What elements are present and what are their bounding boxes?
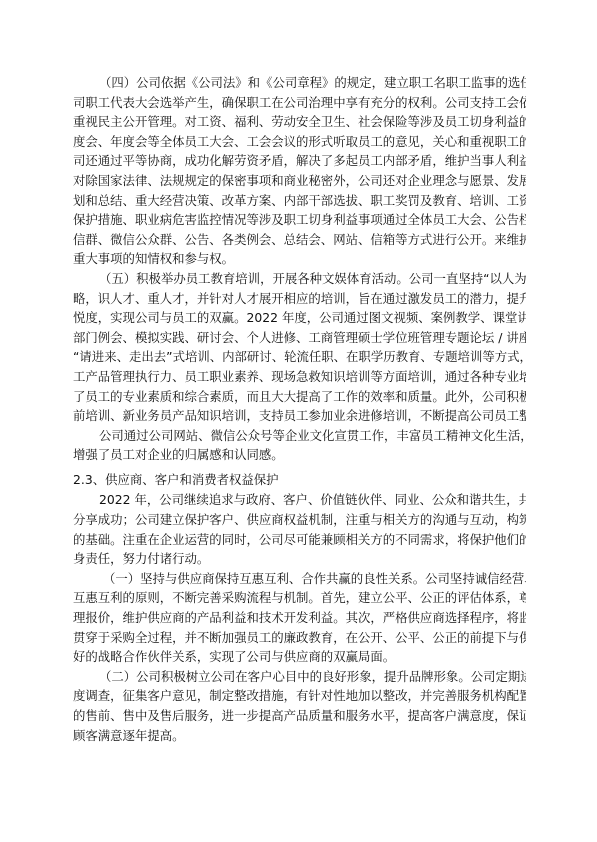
text-line: “请进来、走出去”式培训、内部研讨、轮流任职、在职学历教育、专题培训等方式，开展… bbox=[73, 347, 526, 367]
text-line: 前培训、新业务员产品知识培训，支持员工参加业余进修培训，不断提高公司员工整体素质… bbox=[73, 406, 526, 426]
text-line: 划和总结、重大经营决策、改革方案、内部干部选拔、职工奖罚及教育、培训、工资、福利… bbox=[73, 191, 526, 211]
text-line: 的售前、售中及售后服务，进一步提高产品质量和服务水平，提高客户满意度，保证客户利… bbox=[73, 706, 526, 726]
text-line: 略，识人才、重人才，并针对人才展开相应的培训，旨在通过激发员工的潜力，提升员工工… bbox=[73, 289, 526, 309]
text-line: 司还通过平等协商，成功化解劳资矛盾，解决了多起员工内部矛盾，维护当事人利益。同时… bbox=[73, 151, 526, 171]
text-line: 互惠互利的原则，不断完善采购流程与机制。首先，建立公平、公正的评估体系，尊重供应… bbox=[73, 588, 526, 608]
text-line: 对除国家法律、法规规定的保密事项和商业秘密外，公司还对企业理念与愿景、发展规划、… bbox=[73, 171, 526, 191]
paragraph-employee-training: （五）积极举办员工教育培训，开展各种文娱体育活动。公司一直坚持“以人为本”的人才… bbox=[73, 269, 526, 426]
section-heading: 2.3、供应商、客户和消费者权益保护 bbox=[73, 470, 526, 490]
paragraph-stakeholder-overview: 2022 年，公司继续追求与政府、客户、价值链伙伴、同业、公众和谐共生，共同创造… bbox=[73, 490, 526, 568]
text-line: 身责任，努力付诸行动。 bbox=[73, 549, 526, 569]
text-line: 理报价，维护供应商的产品利益和技术开发利益。其次，严格供应商选择程序，将监督和防… bbox=[73, 608, 526, 628]
text-line: 了员工的专业素质和综合素质，而且大大提高了工作的效率和质量。此外，公司积极开展新… bbox=[73, 387, 526, 407]
text-line: 公司通过公司网站、微信公众号等企业文化宣贯工作，丰富员工精神文化生活，提高生活质… bbox=[73, 426, 526, 446]
text-line: 工产品管理执行力、员工职业素养、现场急救知识培训等方面培训，通过各种专业培训，不… bbox=[73, 367, 526, 387]
text-line: 分享成功；公司建立保护客户、供应商权益机制，注重与相关方的沟通与互动，构筑信任与… bbox=[73, 510, 526, 530]
text-line: （五）积极举办员工教育培训，开展各种文娱体育活动。公司一直坚持“以人为本”的人才… bbox=[73, 269, 526, 289]
text-line: 度调查，征集客户意见，制定整改措施，有针对性地加以整改，并完善服务机构配置，提供… bbox=[73, 686, 526, 706]
text-line: （四）公司依据《公司法》和《公司章程》的规定，建立职工名职工监事的选任制度，由公 bbox=[73, 73, 526, 93]
text-line: 贯穿于采购全过程，并不断加强员工的廉政教育，在公开、公平、公正的前提下与供应商建… bbox=[73, 628, 526, 648]
text-line: 增强了员工对企业的归属感和认同感。 bbox=[73, 445, 526, 465]
text-line: 保护措施、职业病危害监控情况等涉及职工切身利益事项通过全体员工大会、公告栏、企业… bbox=[73, 210, 526, 230]
document-body: （四）公司依据《公司法》和《公司章程》的规定，建立职工名职工监事的选任制度，由公… bbox=[73, 73, 526, 745]
paragraph-customer-satisfaction: （二）公司积极树立公司在客户心目中的良好形象，提升品牌形象。公司定期进行客户满意… bbox=[73, 667, 526, 745]
text-line: 部门例会、模拟实践、研讨会、个人进修、工商管理硕士学位班管理专题论坛 / 讲座、… bbox=[73, 328, 526, 348]
text-line: 重大事项的知情权和参与权。 bbox=[73, 249, 526, 269]
text-line: 2022 年，公司继续追求与政府、客户、价值链伙伴、同业、公众和谐共生，共同创造… bbox=[73, 490, 526, 510]
text-line: 的基础。注重在企业运营的同时，公司尽可能兼顾相关方的不同需求，将保护他们的权益视… bbox=[73, 530, 526, 550]
paragraph-corporate-culture: 公司通过公司网站、微信公众号等企业文化宣贯工作，丰富员工精神文化生活，提高生活质… bbox=[73, 426, 526, 465]
text-line: 重视民主公开管理。对工资、福利、劳动安全卫生、社会保险等涉及员工切身利益的事项，… bbox=[73, 112, 526, 132]
text-line: 度会、年度会等全体员工大会、工会会议的形式听取员工的意见，关心和重视职工的合理需… bbox=[73, 132, 526, 152]
paragraph-employee-supervision: （四）公司依据《公司法》和《公司章程》的规定，建立职工名职工监事的选任制度，由公… bbox=[73, 73, 526, 269]
document-page: （四）公司依据《公司法》和《公司章程》的规定，建立职工名职工监事的选任制度，由公… bbox=[0, 0, 597, 842]
paragraph-supplier-relations: （一）坚持与供应商保持互惠互利、合作共赢的良性关系。公司坚持诚信经营、利益共享、… bbox=[73, 569, 526, 667]
text-line: 好的战略合作伙伴关系，实现了公司与供应商的双赢局面。 bbox=[73, 647, 526, 667]
text-line: 顾客满意逐年提高。 bbox=[73, 726, 526, 746]
text-line: （一）坚持与供应商保持互惠互利、合作共赢的良性关系。公司坚持诚信经营、利益共享、 bbox=[73, 569, 526, 589]
text-line: 司职工代表大会选举产生，确保职工在公司治理中享有充分的权利。公司支持工会依法开展… bbox=[73, 93, 526, 113]
text-line: （二）公司积极树立公司在客户心目中的良好形象，提升品牌形象。公司定期进行客户满意 bbox=[73, 667, 526, 687]
text-line: 悦度，实现公司与员工的双赢。2022 年度，公司通过图文视频、案例教学、课堂讲授… bbox=[73, 308, 526, 328]
text-line: 信群、微信公众群、公告、各类例会、总结会、网站、信箱等方式进行公开。来维护员工对… bbox=[73, 230, 526, 250]
